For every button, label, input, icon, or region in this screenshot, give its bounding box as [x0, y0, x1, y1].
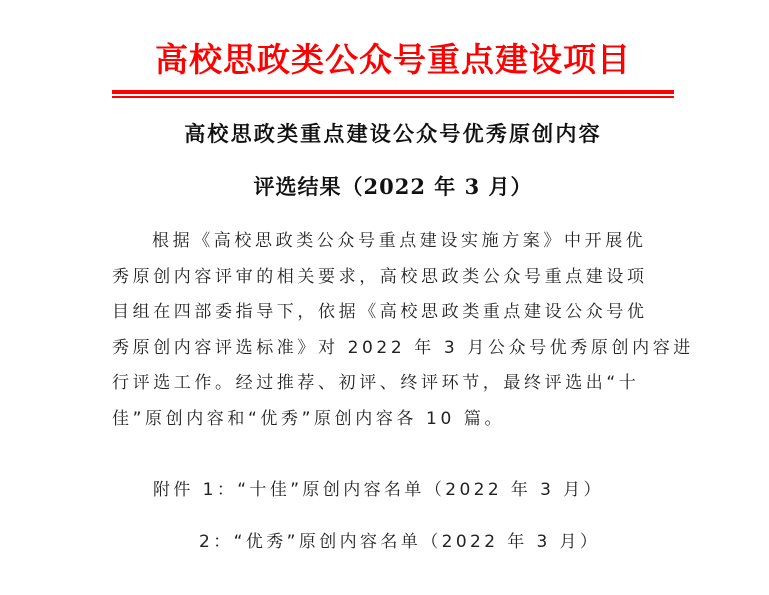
body-line: 佳”原创内容和“优秀”原创内容各 10 篇。 — [112, 402, 664, 438]
header-divider-thin — [112, 96, 674, 98]
document-subtitle-line1: 高校思政类重点建设公众号优秀原创内容 — [112, 119, 674, 149]
body-line: 秀原创内容评审的相关要求，高校思政类公众号重点建设项 — [112, 260, 664, 296]
attachment-item-1: 附件 1：“十佳”原创内容名单（2022 年 3 月） — [153, 475, 604, 505]
document-header-title: 高校思政类公众号重点建设项目 — [112, 38, 674, 82]
body-line: 目组在四部委指导下，依据《高校思政类重点建设公众号优 — [112, 295, 664, 331]
body-paragraph: 根据《高校思政类公众号重点建设实施方案》中开展优 秀原创内容评审的相关要求，高校… — [112, 224, 664, 438]
header-divider-thick — [112, 90, 674, 94]
attachment-item-2: 2：“优秀”原创内容名单（2022 年 3 月） — [199, 527, 600, 557]
document-page: 高校思政类公众号重点建设项目 高校思政类重点建设公众号优秀原创内容 评选结果（2… — [0, 0, 769, 595]
body-line: 根据《高校思政类公众号重点建设实施方案》中开展优 — [112, 224, 664, 260]
body-line: 秀原创内容评选标准》对 2022 年 3 月公众号优秀原创内容进 — [112, 331, 664, 367]
body-line: 行评选工作。经过推荐、初评、终评环节，最终评选出“十 — [112, 366, 664, 402]
document-subtitle-line2: 评选结果（2022 年 3 月） — [112, 172, 674, 202]
